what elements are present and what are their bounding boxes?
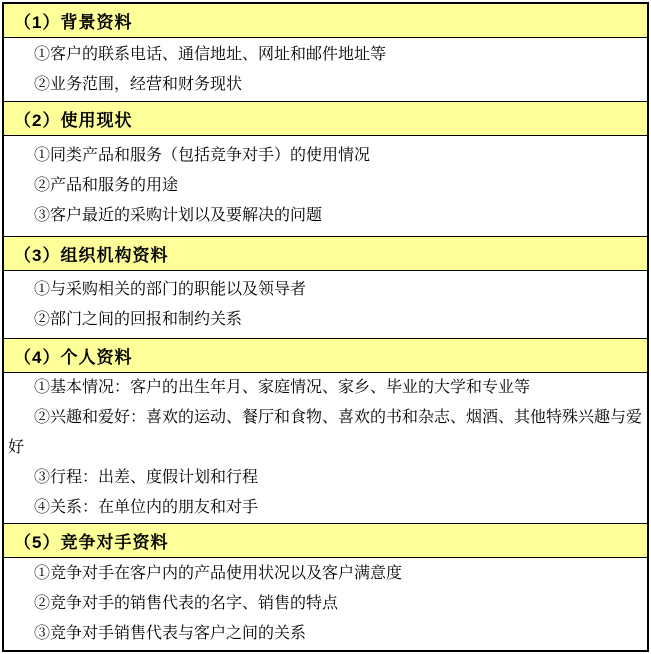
list-item: ②竞争对手的销售代表的名字、销售的特点: [4, 589, 647, 619]
list-item: ①竞争对手在客户内的产品使用状况以及客户满意度: [4, 559, 647, 589]
section-body-usage-status: ①同类产品和服务（包括竞争对手）的使用情况 ②产品和服务的用途 ③客户最近的采购…: [4, 136, 647, 236]
list-item: ①同类产品和服务（包括竞争对手）的使用情况: [4, 141, 647, 171]
section-body-personal-info: ①基本情况：客户的出生年月、家庭情况、家乡、毕业的大学和专业等 ②兴趣和爱好：喜…: [4, 373, 647, 523]
list-item: ②产品和服务的用途: [4, 171, 647, 201]
section-header-background-info: （1）背景资料: [4, 4, 647, 38]
list-item: ②兴趣和爱好：喜欢的运动、餐厅和食物、喜欢的书和杂志、烟酒、其他特殊兴趣与爱好: [4, 403, 647, 463]
list-item: ①基本情况：客户的出生年月、家庭情况、家乡、毕业的大学和专业等: [4, 373, 647, 403]
section-header-usage-status: （2）使用现状: [4, 101, 647, 136]
section-body-organization-info: ①与采购相关的部门的职能以及领导者 ②部门之间的回报和制约关系: [4, 271, 647, 338]
section-header-competitor-info: （5）竞争对手资料: [4, 523, 647, 558]
section-header-label: （1）背景资料: [14, 8, 132, 33]
section-header-label: （5）竞争对手资料: [14, 528, 168, 553]
list-item: ②部门之间的回报和制约关系: [4, 305, 647, 335]
section-body-background-info: ①客户的联系电话、通信地址、网址和邮件地址等 ②业务范围，经营和财务现状: [4, 38, 647, 101]
section-header-organization-info: （3）组织机构资料: [4, 236, 647, 271]
list-item: ③竞争对手销售代表与客户之间的关系: [4, 619, 647, 649]
list-item: ②业务范围，经营和财务现状: [4, 70, 647, 100]
list-item: ①客户的联系电话、通信地址、网址和邮件地址等: [4, 40, 647, 70]
list-item: ③行程：出差、度假计划和行程: [4, 463, 647, 493]
section-header-personal-info: （4）个人资料: [4, 338, 647, 373]
page: （1）背景资料 ①客户的联系电话、通信地址、网址和邮件地址等 ②业务范围，经营和…: [0, 0, 651, 654]
section-header-label: （2）使用现状: [14, 106, 132, 131]
section-header-label: （4）个人资料: [14, 343, 132, 368]
list-item: ③客户最近的采购计划以及要解决的问题: [4, 201, 647, 231]
list-item: ④关系：在单位内的朋友和对手: [4, 493, 647, 523]
customer-info-table: （1）背景资料 ①客户的联系电话、通信地址、网址和邮件地址等 ②业务范围，经营和…: [2, 2, 649, 652]
section-body-competitor-info: ①竞争对手在客户内的产品使用状况以及客户满意度 ②竞争对手的销售代表的名字、销售…: [4, 558, 647, 650]
section-header-label: （3）组织机构资料: [14, 241, 168, 266]
list-item: ①与采购相关的部门的职能以及领导者: [4, 275, 647, 305]
